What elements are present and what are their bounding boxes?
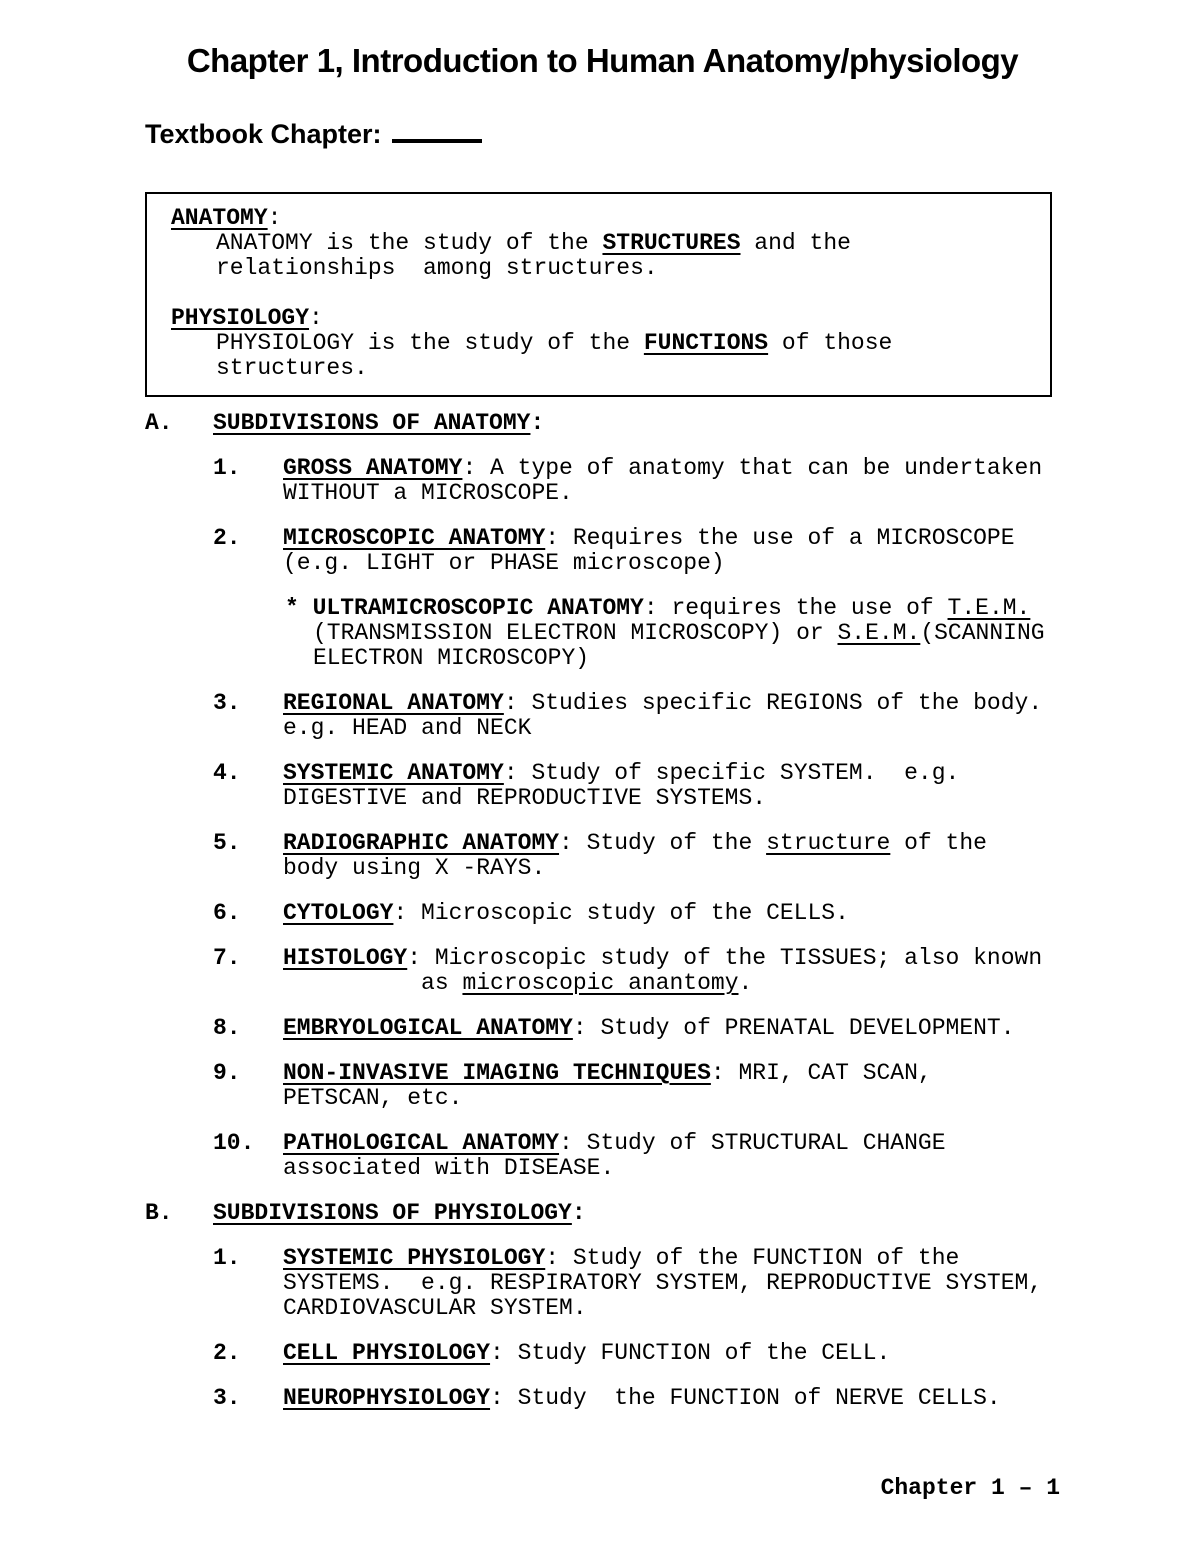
item-text: SYSTEMIC ANATOMY: Study of specific SYST… xyxy=(283,761,1060,811)
list-item: 3. REGIONAL ANATOMY: Studies specific RE… xyxy=(213,691,1060,741)
item-number: 1. xyxy=(213,1246,283,1321)
item-text: GROSS ANATOMY: A type of anatomy that ca… xyxy=(283,456,1060,506)
section-title: SUBDIVISIONS OF ANATOMY: xyxy=(213,411,544,436)
textbook-chapter-line: Textbook Chapter: xyxy=(145,118,1060,150)
item-text: NEUROPHYSIOLOGY: Study the FUNCTION of N… xyxy=(283,1386,1060,1411)
item-number: 5. xyxy=(213,831,283,881)
list-item: 7. HISTOLOGY: Microscopic study of the T… xyxy=(213,946,1060,996)
list-item: 10. PATHOLOGICAL ANATOMY: Study of STRUC… xyxy=(213,1131,1060,1181)
item-number: 1. xyxy=(213,456,283,506)
list-item: 9. NON-INVASIVE IMAGING TECHNIQUES: MRI,… xyxy=(213,1061,1060,1111)
item-number: 3. xyxy=(213,1386,283,1411)
document-page: Chapter 1, Introduction to Human Anatomy… xyxy=(0,0,1200,1553)
item-number: 10. xyxy=(213,1131,283,1181)
list-item: 1. SYSTEMIC PHYSIOLOGY: Study of the FUN… xyxy=(213,1246,1060,1321)
section-heading: B. SUBDIVISIONS OF PHYSIOLOGY: xyxy=(145,1201,1060,1226)
item-text: HISTOLOGY: Microscopic study of the TISS… xyxy=(283,946,1060,996)
list-item: 1. GROSS ANATOMY: A type of anatomy that… xyxy=(213,456,1060,506)
page-title: Chapter 1, Introduction to Human Anatomy… xyxy=(145,0,1060,82)
item-text: MICROSCOPIC ANATOMY: Requires the use of… xyxy=(283,526,1060,576)
item-number: 8. xyxy=(213,1016,283,1041)
section-label: A. xyxy=(145,411,213,436)
section-subdivisions-of-anatomy: A. SUBDIVISIONS OF ANATOMY: 1. GROSS ANA… xyxy=(145,411,1060,1181)
section-label: B. xyxy=(145,1201,213,1226)
sub-item-ultramicroscopic: * ULTRAMICROSCOPIC ANATOMY: requires the… xyxy=(285,596,1060,671)
definition-term: ANATOMY: xyxy=(171,206,1032,231)
item-number: 6. xyxy=(213,901,283,926)
chapter-fill-in-blank xyxy=(392,139,482,143)
item-number: 2. xyxy=(213,1341,283,1366)
section-heading: A. SUBDIVISIONS OF ANATOMY: xyxy=(145,411,1060,436)
definition-body: ANATOMY is the study of the STRUCTURES a… xyxy=(216,231,1032,281)
definition-box: ANATOMY: ANATOMY is the study of the STR… xyxy=(145,192,1052,397)
item-text: PATHOLOGICAL ANATOMY: Study of STRUCTURA… xyxy=(283,1131,1060,1181)
item-number: 7. xyxy=(213,946,283,996)
item-number: 2. xyxy=(213,526,283,576)
list-item: 5. RADIOGRAPHIC ANATOMY: Study of the st… xyxy=(213,831,1060,881)
item-number: 4. xyxy=(213,761,283,811)
page-footer: Chapter 1 – 1 xyxy=(145,1476,1060,1501)
item-text: SYSTEMIC PHYSIOLOGY: Study of the FUNCTI… xyxy=(283,1246,1060,1321)
item-number: 9. xyxy=(213,1061,283,1111)
list-item: 2. MICROSCOPIC ANATOMY: Requires the use… xyxy=(213,526,1060,576)
textbook-chapter-label: Textbook Chapter: xyxy=(145,119,382,149)
section-title: SUBDIVISIONS OF PHYSIOLOGY: xyxy=(213,1201,586,1226)
list-item: 6. CYTOLOGY: Microscopic study of the CE… xyxy=(213,901,1060,926)
item-text: EMBRYOLOGICAL ANATOMY: Study of PRENATAL… xyxy=(283,1016,1060,1041)
item-number: 3. xyxy=(213,691,283,741)
list-item: 4. SYSTEMIC ANATOMY: Study of specific S… xyxy=(213,761,1060,811)
section-subdivisions-of-physiology: B. SUBDIVISIONS OF PHYSIOLOGY: 1. SYSTEM… xyxy=(145,1201,1060,1411)
item-text: RADIOGRAPHIC ANATOMY: Study of the struc… xyxy=(283,831,1060,881)
definition-body: PHYSIOLOGY is the study of the FUNCTIONS… xyxy=(216,331,1032,381)
item-text: CYTOLOGY: Microscopic study of the CELLS… xyxy=(283,901,1060,926)
item-text: REGIONAL ANATOMY: Studies specific REGIO… xyxy=(283,691,1060,741)
definition-entry-anatomy: ANATOMY: ANATOMY is the study of the STR… xyxy=(171,206,1032,281)
item-text: NON-INVASIVE IMAGING TECHNIQUES: MRI, CA… xyxy=(283,1061,1060,1111)
definition-entry-physiology: PHYSIOLOGY: PHYSIOLOGY is the study of t… xyxy=(171,306,1032,381)
list-item: 8. EMBRYOLOGICAL ANATOMY: Study of PRENA… xyxy=(213,1016,1060,1041)
list-item: 2. CELL PHYSIOLOGY: Study FUNCTION of th… xyxy=(213,1341,1060,1366)
definition-term: PHYSIOLOGY: xyxy=(171,306,1032,331)
item-text: CELL PHYSIOLOGY: Study FUNCTION of the C… xyxy=(283,1341,1060,1366)
list-item: 3. NEUROPHYSIOLOGY: Study the FUNCTION o… xyxy=(213,1386,1060,1411)
